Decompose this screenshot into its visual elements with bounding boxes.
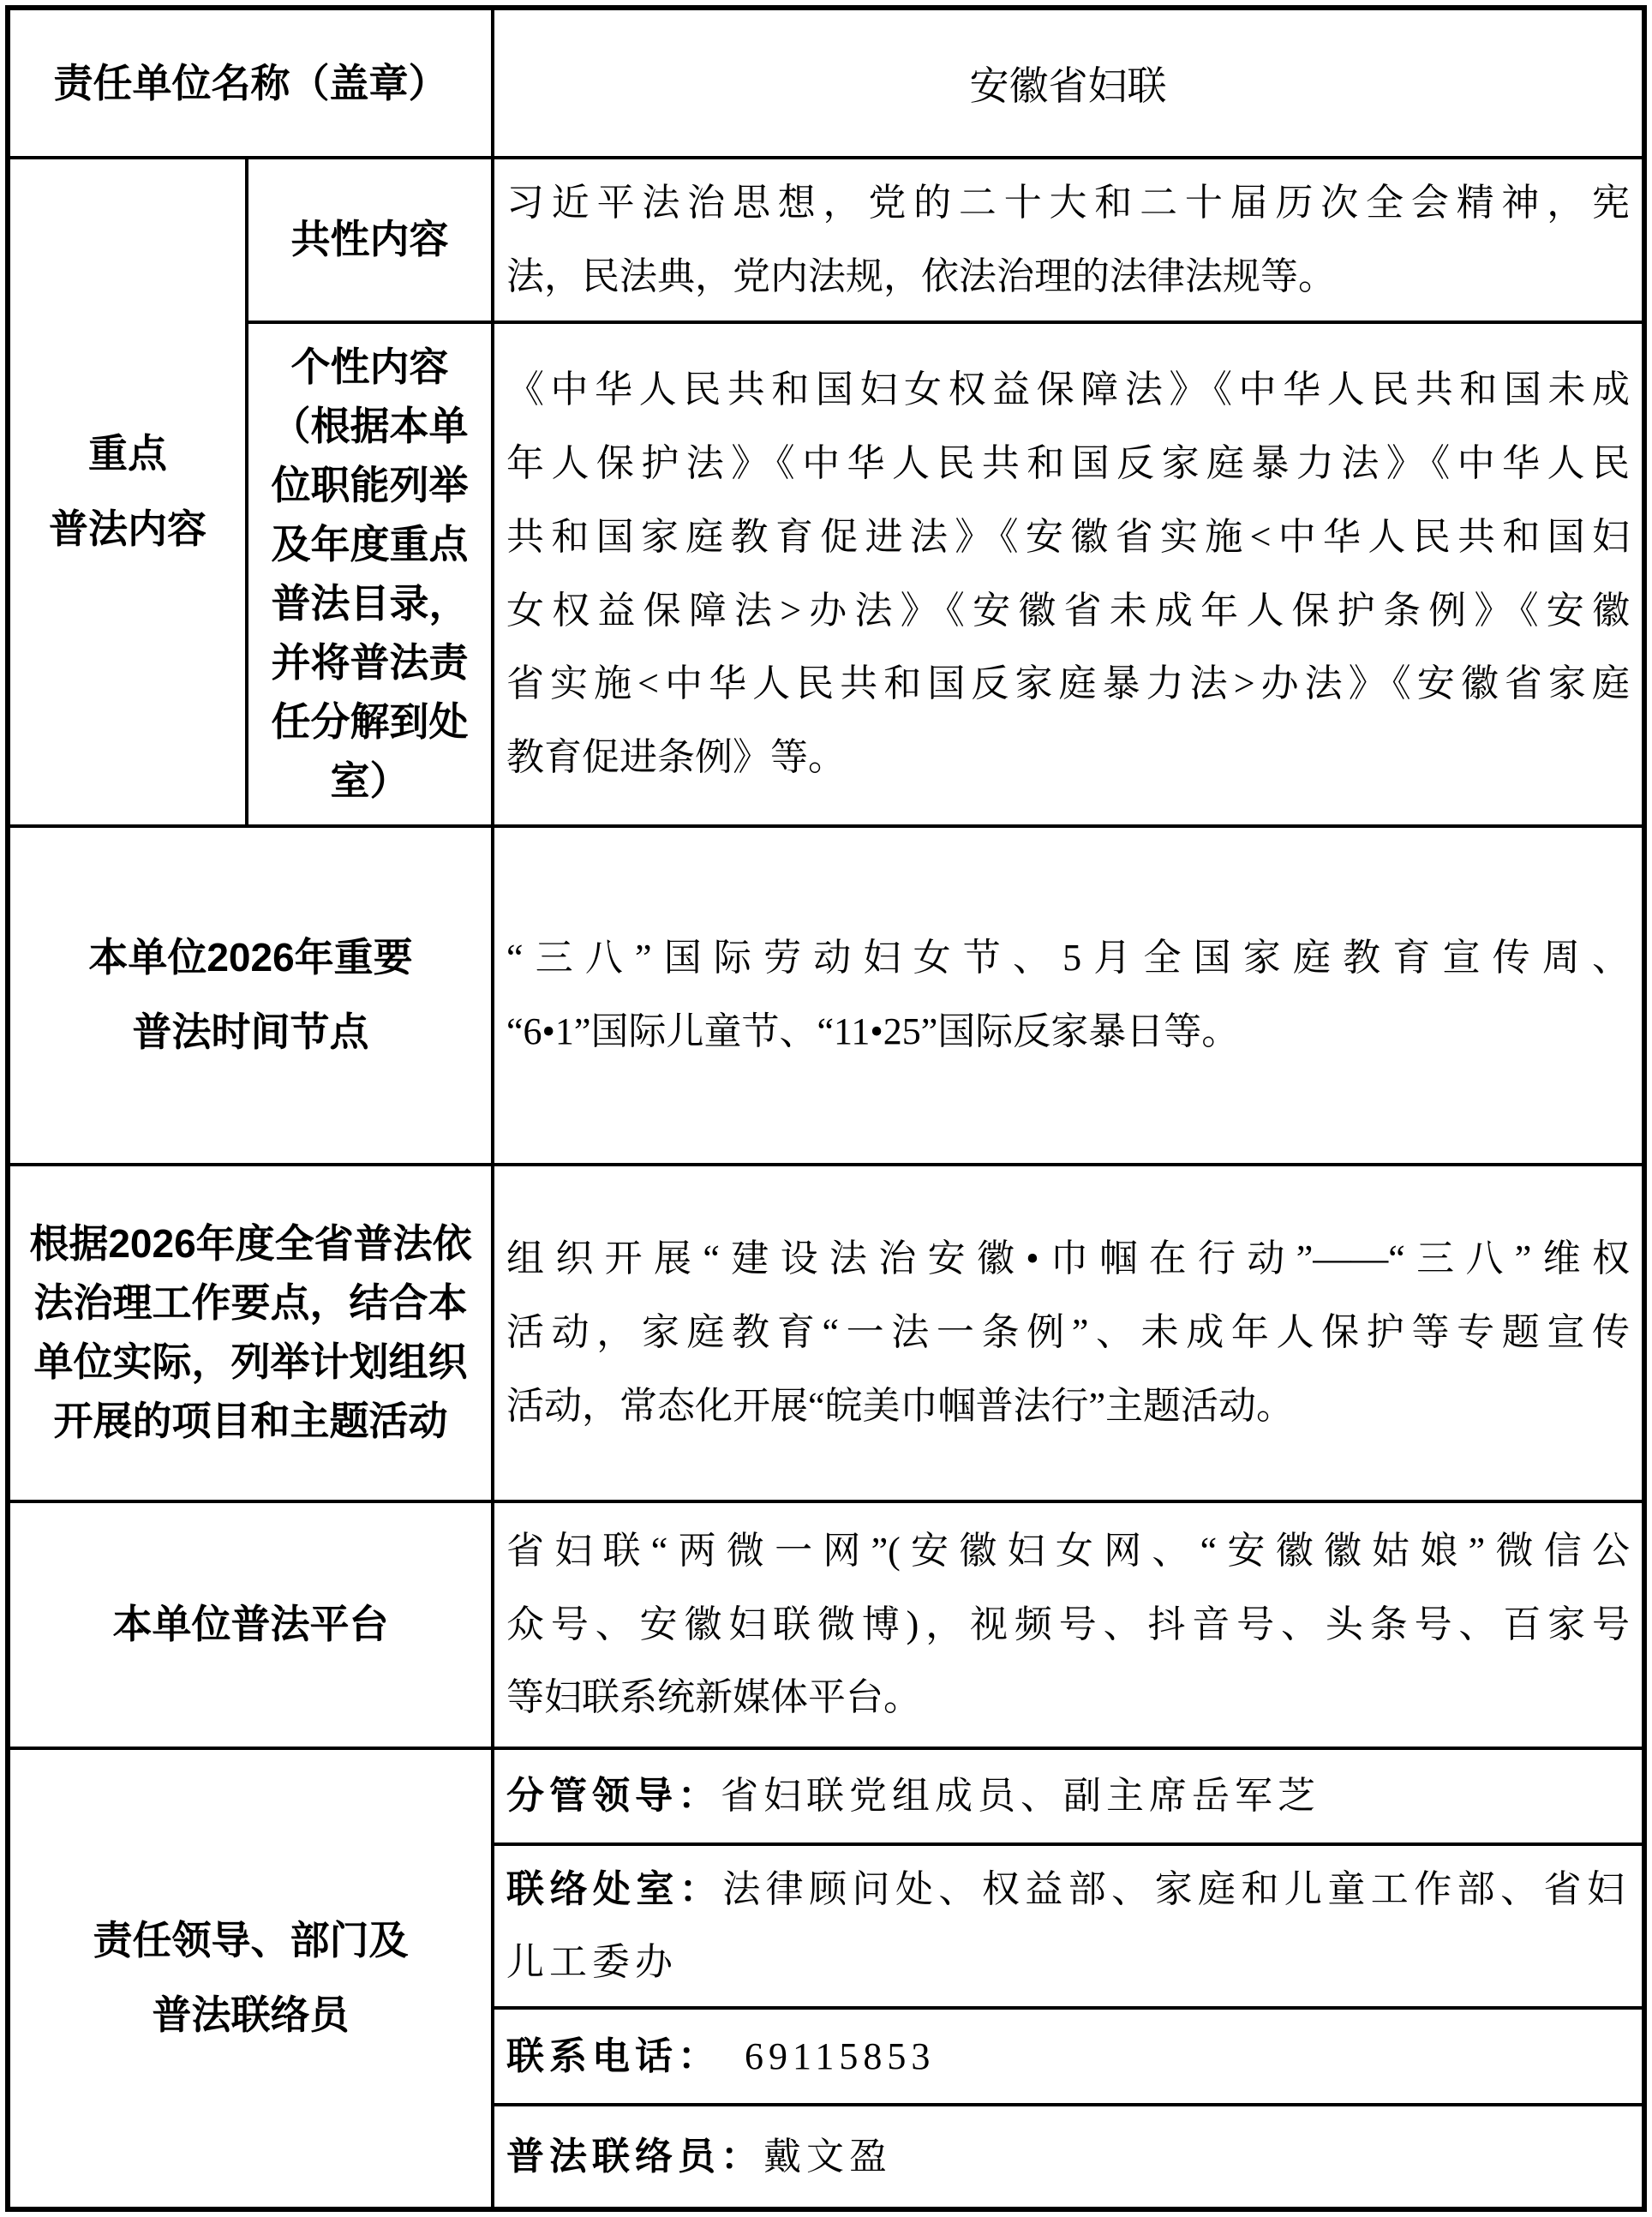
planned-activities-content-cell: 组织开展“建设法治安徽•巾帼在行动”——“三八”维权活动，家庭教育“一法一条例”…: [493, 1165, 1644, 1501]
leader-cell: 分管领导：省妇联党组成员、副主席岳军芝: [493, 1748, 1644, 1844]
liaison-office-key: 联络处室：: [506, 1868, 722, 1910]
phone-key: 联系电话：: [506, 2035, 702, 2077]
leader-key: 分管领导：: [506, 1775, 721, 1817]
specific-content-label: 个性内容（根据本单位职能列举及年度重点普法目录，并将普法责任分解到处室）: [247, 322, 493, 826]
liaison-person-key: 普法联络员：: [506, 2136, 763, 2178]
liaison-office-cell: 联络处室：法律顾问处、权益部、家庭和儿童工作部、省妇儿工委办: [493, 1844, 1644, 2009]
key-content-side-label: 重点普法内容: [8, 158, 247, 826]
phone-cell: 联系电话： 69115853: [493, 2008, 1644, 2105]
platform-content-cell: 省妇联“两微一网”(安徽妇女网、“安徽徽姑娘”微信公众号、安徽妇联微博)，视频号…: [493, 1501, 1644, 1748]
puhua-responsibility-table: 责任单位名称（盖章） 安徽省妇联 重点普法内容 共性内容 习近平法治思想，党的二…: [5, 5, 1647, 2212]
time-nodes-label: 本单位2026年重要普法时间节点: [8, 826, 493, 1165]
platform-label: 本单位普法平台: [8, 1501, 493, 1748]
document: 责任单位名称（盖章） 安徽省妇联 重点普法内容 共性内容 习近平法治思想，党的二…: [0, 0, 1652, 2217]
specific-content-cell: 《中华人民共和国妇女权益保障法》《中华人民共和国未成年人保护法》《中华人民共和国…: [493, 322, 1644, 826]
contacts-label: 责任领导、部门及普法联络员: [8, 1748, 493, 2210]
phone-value: 69115853: [702, 2035, 935, 2077]
unit-name-label: 责任单位名称（盖章）: [8, 8, 493, 158]
leader-value: 省妇联党组成员、副主席岳军芝: [721, 1775, 1320, 1817]
liaison-person-value: 戴文盈: [763, 2136, 892, 2178]
common-content-label: 共性内容: [247, 158, 493, 322]
planned-activities-label: 根据2026年度全省普法依法治理工作要点，结合本单位实际，列举计划组织开展的项目…: [8, 1165, 493, 1501]
unit-name-value: 安徽省妇联: [493, 8, 1644, 158]
common-content-cell: 习近平法治思想，党的二十大和二十届历次全会精神，宪法，民法典，党内法规，依法治理…: [493, 158, 1644, 322]
liaison-person-cell: 普法联络员：戴文盈: [493, 2105, 1644, 2209]
time-nodes-content-cell: “三八”国际劳动妇女节、5月全国家庭教育宣传周、“6•1”国际儿童节、“11•2…: [493, 826, 1644, 1165]
